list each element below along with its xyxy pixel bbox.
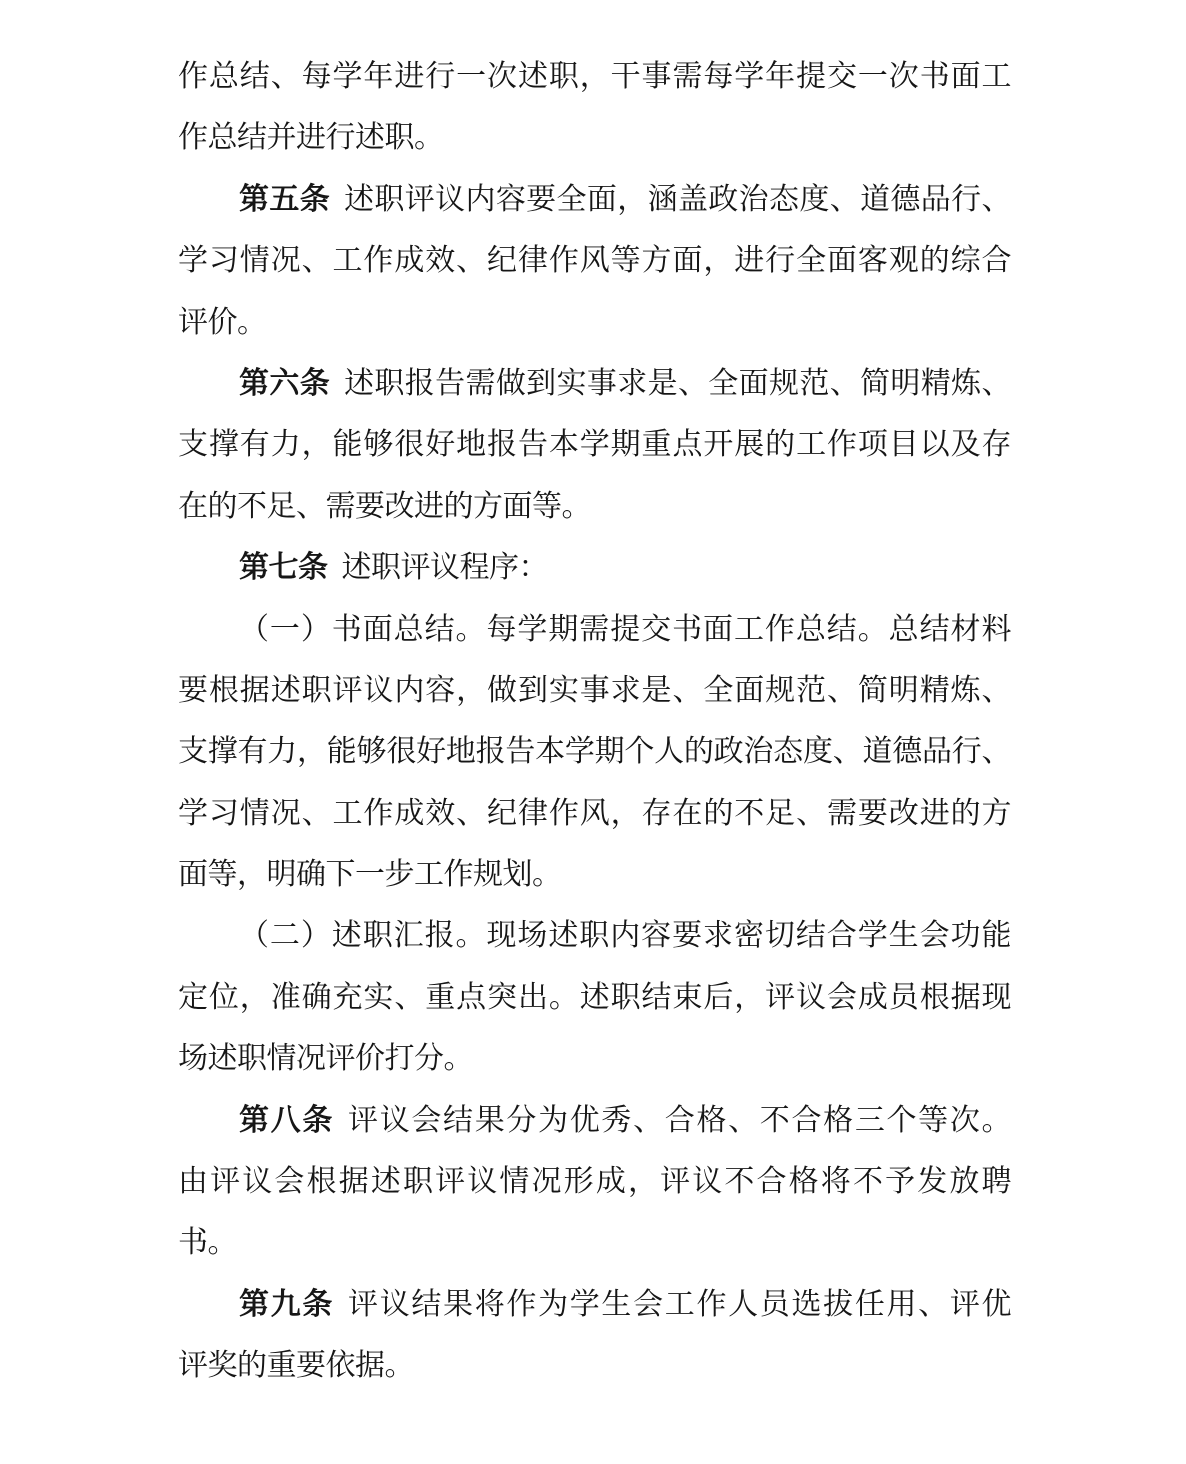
- line-text: 述职评议内容要全面，涵盖政治态度、道德品行、: [344, 182, 1011, 217]
- line-text: 评议结果将作为学生会工作人员选拔任用、评优: [348, 1287, 1011, 1322]
- text-line: 面等，明确下一步工作规划。: [178, 844, 1011, 905]
- text-line: 作总结、每学年进行一次述职，干事需每学年提交一次书面工: [178, 46, 1011, 107]
- line-text: 要根据述职评议内容，做到实事求是、全面规范、简明精炼、: [178, 673, 1011, 708]
- text-line: （二）述职汇报。现场述职内容要求密切结合学生会功能: [178, 905, 1011, 966]
- line-text: 书。: [178, 1225, 237, 1260]
- article-number: 第八条: [239, 1103, 334, 1138]
- line-text: 学习情况、工作成效、纪律作风等方面，进行全面客观的综合: [178, 243, 1011, 278]
- text-line: 书。: [178, 1212, 1011, 1273]
- text-line: 评奖的重要依据。: [178, 1335, 1011, 1396]
- line-text: 场述职情况评价打分。: [178, 1041, 473, 1076]
- text-line: 要根据述职评议内容，做到实事求是、全面规范、简明精炼、: [178, 660, 1011, 721]
- document-body: 作总结、每学年进行一次述职，干事需每学年提交一次书面工 作总结并进行述职。 第五…: [178, 46, 1011, 1397]
- text-line: 定位，准确充实、重点突出。述职结束后，评议会成员根据现: [178, 967, 1011, 1028]
- text-line: 学习情况、工作成效、纪律作风，存在的不足、需要改进的方: [178, 783, 1011, 844]
- line-text: 在的不足、需要改进的方面等。: [178, 489, 591, 524]
- text-line: 支撑有力，能够很好地报告本学期重点开展的工作项目以及存: [178, 414, 1011, 475]
- article-number: 第六条: [239, 366, 330, 401]
- text-line: 学习情况、工作成效、纪律作风等方面，进行全面客观的综合: [178, 230, 1011, 291]
- text-line: 支撑有力，能够很好地报告本学期个人的政治态度、道德品行、: [178, 721, 1011, 782]
- line-text: 作总结并进行述职。: [178, 120, 444, 155]
- line-text: （一）书面总结。每学期需提交书面工作总结。总结材料: [239, 612, 1011, 647]
- line-text: 评奖的重要依据。: [178, 1348, 414, 1383]
- text-line: 在的不足、需要改进的方面等。: [178, 476, 1011, 537]
- text-line: 第五条述职评议内容要全面，涵盖政治态度、道德品行、: [178, 169, 1011, 230]
- line-text: 评价。: [178, 305, 267, 340]
- text-line: 第八条评议会结果分为优秀、合格、不合格三个等次。: [178, 1090, 1011, 1151]
- article-number: 第七条: [239, 550, 328, 585]
- text-line: 作总结并进行述职。: [178, 107, 1011, 168]
- article-number: 第九条: [239, 1287, 334, 1322]
- line-text: 述职评议程序：: [342, 550, 549, 585]
- line-text: 定位，准确充实、重点突出。述职结束后，评议会成员根据现: [178, 980, 1011, 1015]
- line-text: 述职报告需做到实事求是、全面规范、简明精炼、: [344, 366, 1011, 401]
- document-page: 作总结、每学年进行一次述职，干事需每学年提交一次书面工 作总结并进行述职。 第五…: [0, 0, 1186, 1464]
- article-number: 第五条: [239, 182, 330, 217]
- text-line: 第九条评议结果将作为学生会工作人员选拔任用、评优: [178, 1274, 1011, 1335]
- text-line: 评价。: [178, 292, 1011, 353]
- line-text: 面等，明确下一步工作规划。: [178, 857, 562, 892]
- text-line: 第六条述职报告需做到实事求是、全面规范、简明精炼、: [178, 353, 1011, 414]
- line-text: 支撑有力，能够很好地报告本学期个人的政治态度、道德品行、: [178, 734, 1011, 769]
- text-line: 由评议会根据述职评议情况形成，评议不合格将不予发放聘: [178, 1151, 1011, 1212]
- line-text: 学习情况、工作成效、纪律作风，存在的不足、需要改进的方: [178, 796, 1011, 831]
- line-text: 支撑有力，能够很好地报告本学期重点开展的工作项目以及存: [178, 427, 1011, 462]
- text-line: 第七条述职评议程序：: [178, 537, 1011, 598]
- line-text: （二）述职汇报。现场述职内容要求密切结合学生会功能: [239, 918, 1011, 953]
- line-text: 评议会结果分为优秀、合格、不合格三个等次。: [348, 1103, 1011, 1138]
- text-line: （一）书面总结。每学期需提交书面工作总结。总结材料: [178, 599, 1011, 660]
- line-text: 由评议会根据述职评议情况形成，评议不合格将不予发放聘: [178, 1164, 1011, 1199]
- text-line: 场述职情况评价打分。: [178, 1028, 1011, 1089]
- line-text: 作总结、每学年进行一次述职，干事需每学年提交一次书面工: [178, 59, 1011, 94]
